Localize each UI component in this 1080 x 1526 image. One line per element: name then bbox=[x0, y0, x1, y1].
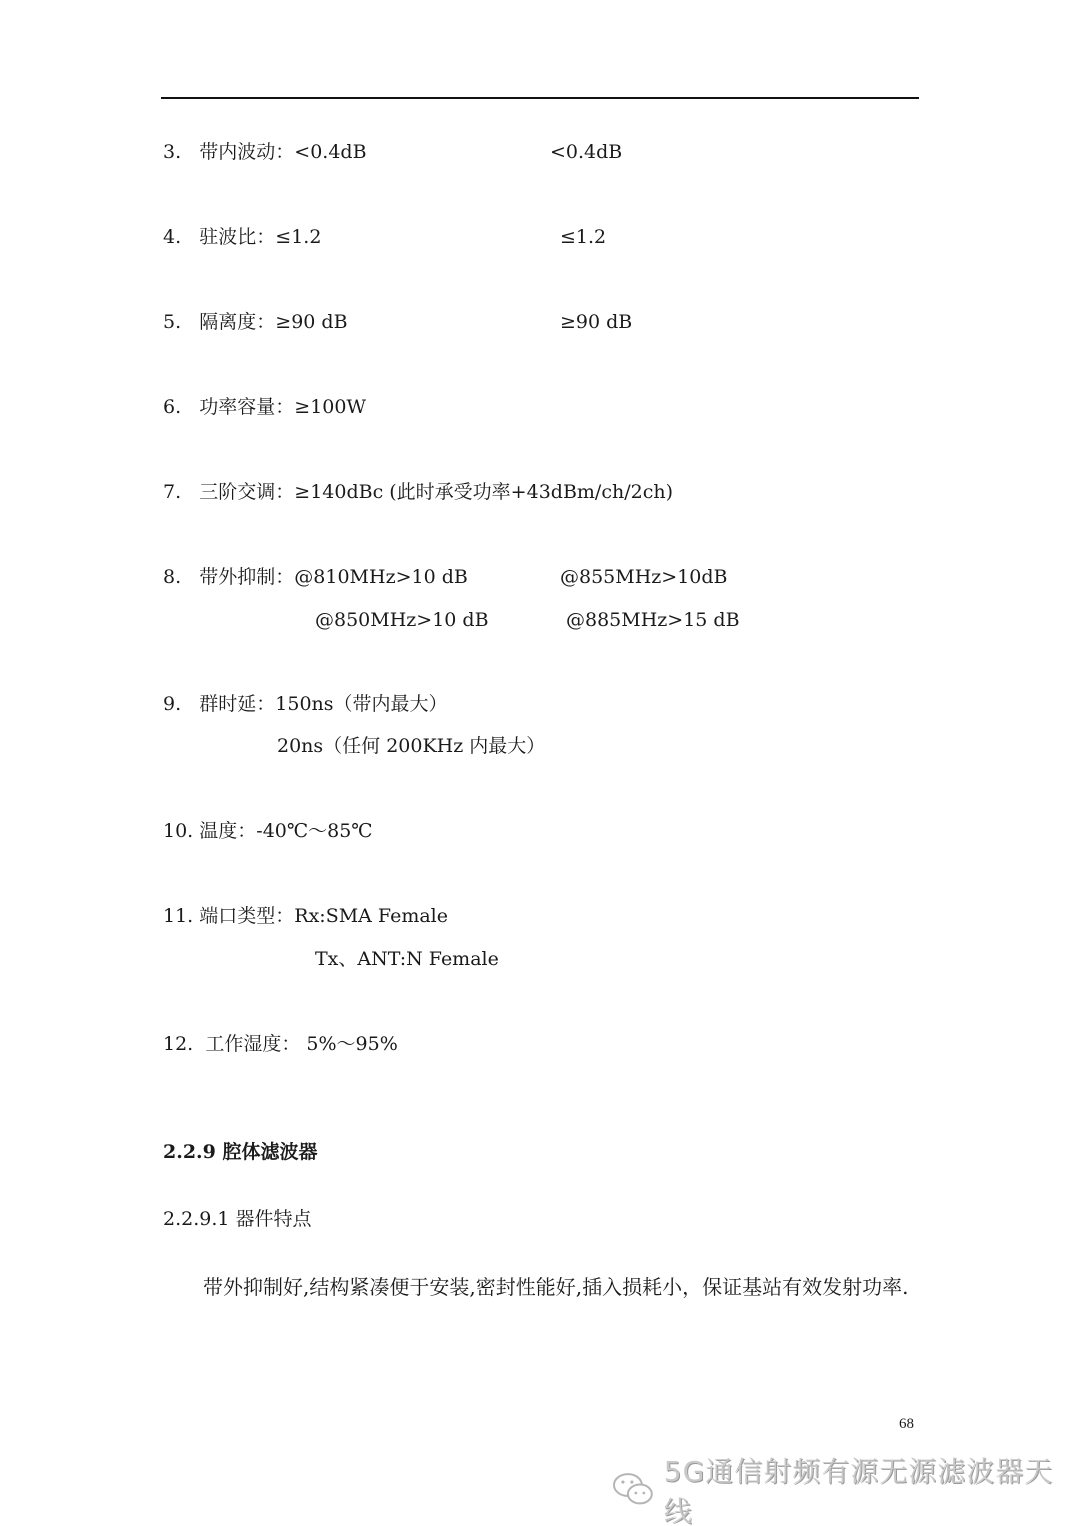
watermark-text: 5G通信射频有源无源滤波器天线 bbox=[664, 1450, 1080, 1526]
spec-item-11: 11. 端口类型：Rx:SMA Female bbox=[163, 904, 448, 928]
spec-label: 带外抑制： bbox=[199, 566, 294, 588]
spec-number: 11. bbox=[163, 905, 193, 927]
spec-number: 5. bbox=[163, 311, 181, 333]
spec-item-5: 5. 隔离度：≥90 dB bbox=[163, 310, 348, 334]
spec-label: 驻波比： bbox=[199, 226, 275, 248]
spec-item-9-value2: 20ns（任何 200KHz 内最大） bbox=[277, 734, 545, 758]
header-rule bbox=[161, 97, 919, 99]
spec-item-10: 10. 温度：-40℃～85℃ bbox=[163, 819, 373, 843]
spec-item-5-value2: ≥90 dB bbox=[560, 310, 632, 334]
wechat-icon bbox=[612, 1471, 656, 1509]
spec-label: 三阶交调： bbox=[199, 481, 294, 503]
section-subheading: 2.2.9.1 器件特点 bbox=[163, 1207, 312, 1231]
spec-label: 群时延： bbox=[199, 693, 275, 715]
section-heading: 2.2.9 腔体滤波器 bbox=[163, 1140, 318, 1164]
spec-item-8: 8. 带外抑制：@810MHz>10 dB bbox=[163, 565, 468, 589]
spec-item-8-value4: @885MHz>15 dB bbox=[566, 608, 740, 632]
spec-value: ≤1.2 bbox=[275, 226, 321, 248]
spec-value: ≥140dBc (此时承受功率+43dBm/ch/2ch) bbox=[294, 481, 673, 503]
spec-value: -40℃～85℃ bbox=[256, 820, 372, 842]
spec-number: 3. bbox=[163, 141, 181, 163]
spec-label: 温度： bbox=[199, 820, 256, 842]
spec-number: 8. bbox=[163, 566, 181, 588]
spec-item-8-value3: @850MHz>10 dB bbox=[315, 608, 489, 632]
spec-value: @810MHz>10 dB bbox=[294, 566, 468, 588]
spec-label: 带内波动： bbox=[199, 141, 294, 163]
spec-number: 6. bbox=[163, 396, 181, 418]
spec-number: 10. bbox=[163, 820, 193, 842]
spec-item-8-value2: @855MHz>10dB bbox=[560, 565, 728, 589]
spec-value: 150ns（带内最大） bbox=[275, 693, 447, 715]
spec-item-4: 4. 驻波比：≤1.2 bbox=[163, 225, 321, 249]
spec-number: 9. bbox=[163, 693, 181, 715]
spec-item-11-value2: Tx、ANT:N Female bbox=[315, 947, 499, 971]
spec-item-6: 6. 功率容量：≥100W bbox=[163, 395, 366, 419]
spec-number: 4. bbox=[163, 226, 181, 248]
spec-number: 7. bbox=[163, 481, 181, 503]
spec-number: 12. bbox=[163, 1033, 193, 1055]
spec-item-12: 12. 工作湿度： 5%～95% bbox=[163, 1032, 398, 1056]
spec-item-3-value2: <0.4dB bbox=[550, 140, 622, 164]
watermark: 5G通信射频有源无源滤波器天线 bbox=[612, 1450, 1080, 1526]
spec-label: 隔离度： bbox=[199, 311, 275, 333]
spec-label: 端口类型： bbox=[199, 905, 294, 927]
page-number: 68 bbox=[899, 1416, 914, 1433]
spec-item-9: 9. 群时延：150ns（带内最大） bbox=[163, 692, 448, 716]
section-paragraph: 带外抑制好,结构紧凑便于安装,密封性能好,插入损耗小，保证基站有效发射功率. bbox=[163, 1266, 923, 1308]
spec-value: Rx:SMA Female bbox=[294, 905, 448, 927]
spec-item-4-value2: ≤1.2 bbox=[560, 225, 606, 249]
spec-item-3: 3. 带内波动：<0.4dB bbox=[163, 140, 367, 164]
spec-label: 工作湿度： bbox=[205, 1033, 300, 1055]
spec-label: 功率容量： bbox=[199, 396, 294, 418]
spec-value: <0.4dB bbox=[294, 141, 366, 163]
spec-value: ≥100W bbox=[294, 396, 366, 418]
spec-value: 5%～95% bbox=[306, 1033, 397, 1055]
spec-value: ≥90 dB bbox=[275, 311, 347, 333]
spec-item-7: 7. 三阶交调：≥140dBc (此时承受功率+43dBm/ch/2ch) bbox=[163, 480, 673, 504]
